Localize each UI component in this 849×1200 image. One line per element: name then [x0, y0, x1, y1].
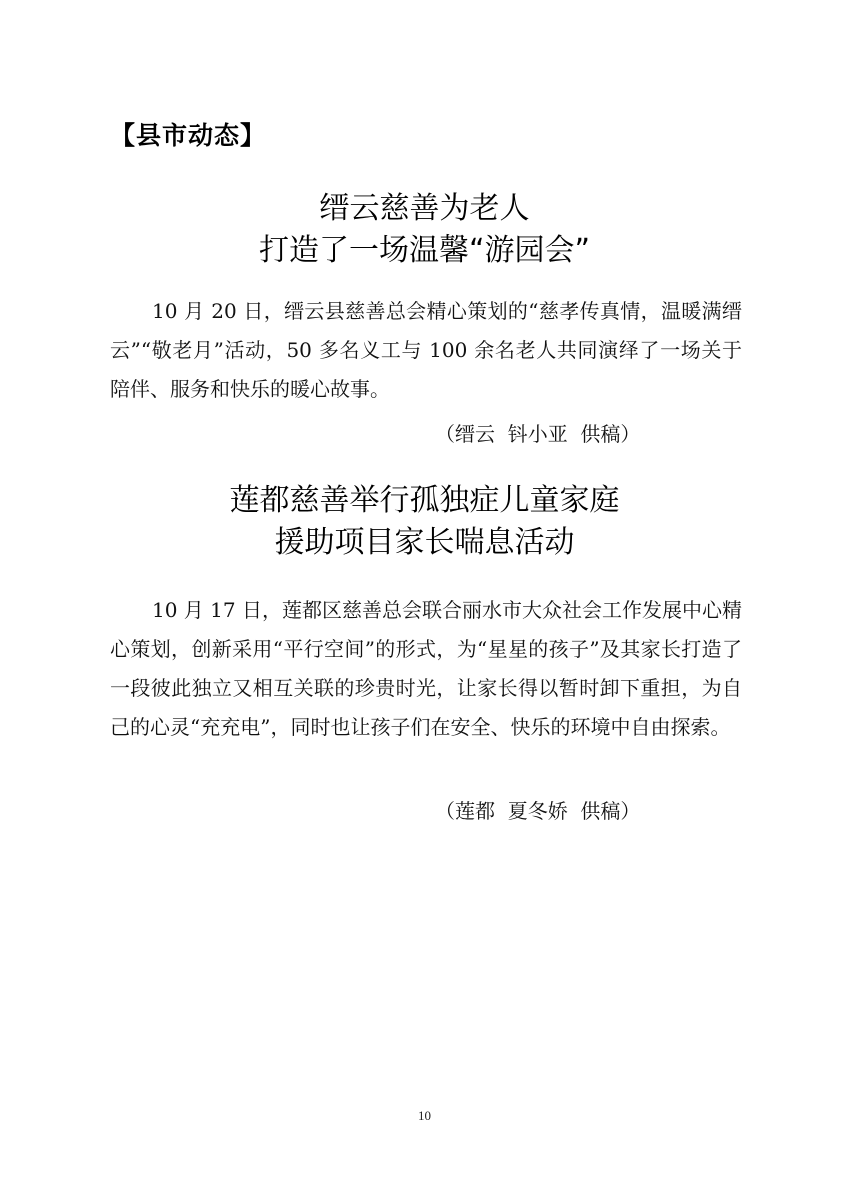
- article-byline: （莲都 夏冬娇 供稿）: [435, 795, 640, 824]
- page-number: 10: [0, 1108, 849, 1124]
- article-body: 10 月 20 日，缙云县慈善总会精心策划的“慈孝传真情，温暖满缙云”“敬老月”…: [110, 292, 742, 409]
- article-title: 缙云慈善为老人 打造了一场温馨“游园会”: [0, 188, 849, 272]
- article-title-line: 援助项目家长喘息活动: [0, 522, 849, 564]
- article-paragraph: 10 月 20 日，缙云县慈善总会精心策划的“慈孝传真情，温暖满缙云”“敬老月”…: [110, 292, 742, 409]
- article-paragraph: 10 月 17 日，莲都区慈善总会联合丽水市大众社会工作发展中心精心策划，创新采…: [110, 591, 742, 747]
- article-title-line: 莲都慈善举行孤独症儿童家庭: [0, 480, 849, 522]
- section-label: 【县市动态】: [110, 116, 266, 152]
- document-page: 【县市动态】 缙云慈善为老人 打造了一场温馨“游园会” 10 月 20 日，缙云…: [0, 0, 849, 1200]
- article-body: 10 月 17 日，莲都区慈善总会联合丽水市大众社会工作发展中心精心策划，创新采…: [110, 591, 742, 747]
- article-title: 莲都慈善举行孤独症儿童家庭 援助项目家长喘息活动: [0, 480, 849, 564]
- article-title-line: 打造了一场温馨“游园会”: [0, 230, 849, 272]
- article-title-line: 缙云慈善为老人: [0, 188, 849, 230]
- article-byline: （缙云 钭小亚 供稿）: [435, 418, 640, 447]
